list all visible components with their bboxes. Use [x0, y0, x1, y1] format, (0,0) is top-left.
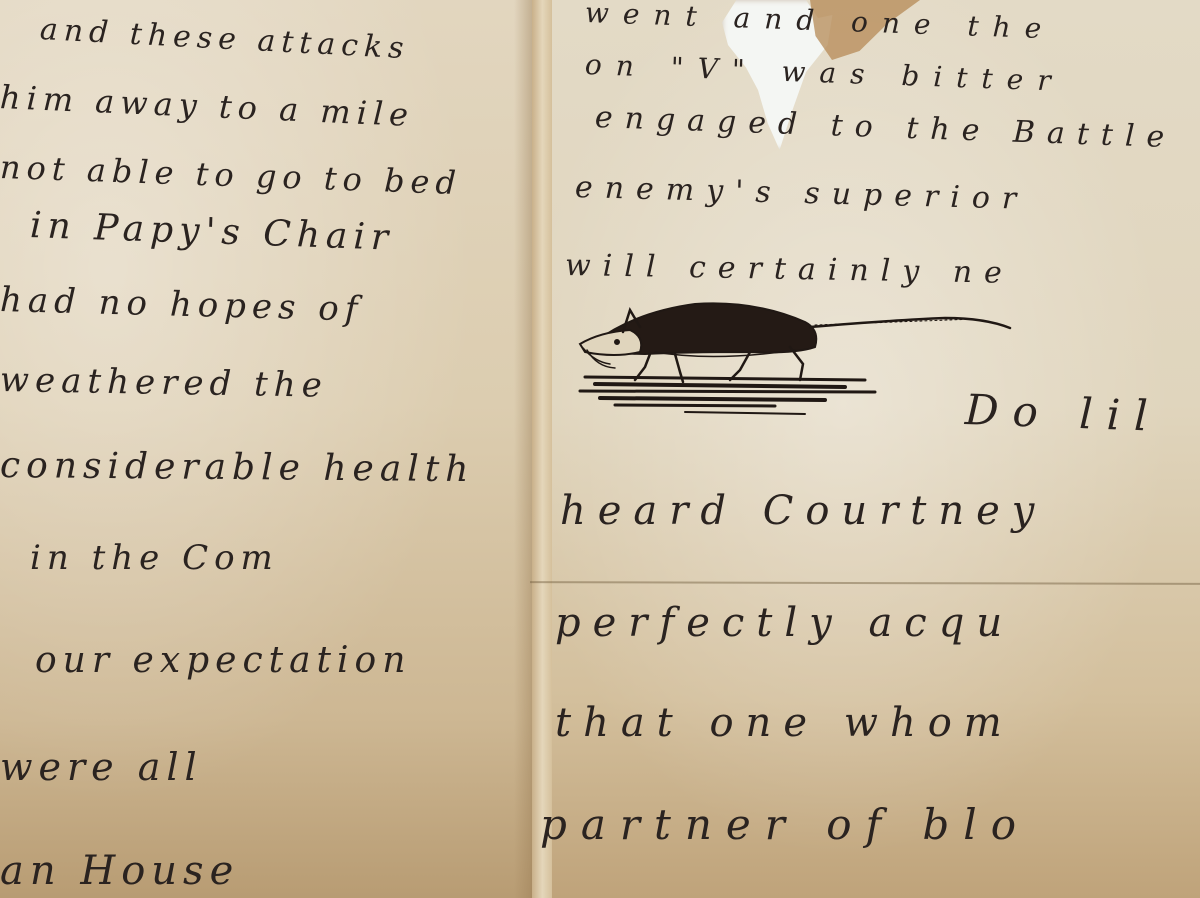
- left-line-7: considerable health: [0, 445, 475, 490]
- mouse-drawing-icon: [575, 292, 1020, 422]
- letter-photo: and these attacks him away to a mile not…: [0, 0, 1200, 898]
- left-line-10: were all: [0, 745, 203, 789]
- right-line-7: heard Courtney: [560, 488, 1046, 534]
- right-line-9: that one whom: [555, 700, 1014, 746]
- left-line-11: an House: [0, 848, 239, 894]
- left-line-6: weathered the: [0, 360, 328, 406]
- left-line-8: in the Com: [30, 538, 279, 578]
- right-line-8: perfectly acqu: [555, 600, 1014, 646]
- right-line-10: partner of blo: [540, 800, 1030, 849]
- left-line-9: our expectation: [35, 640, 411, 681]
